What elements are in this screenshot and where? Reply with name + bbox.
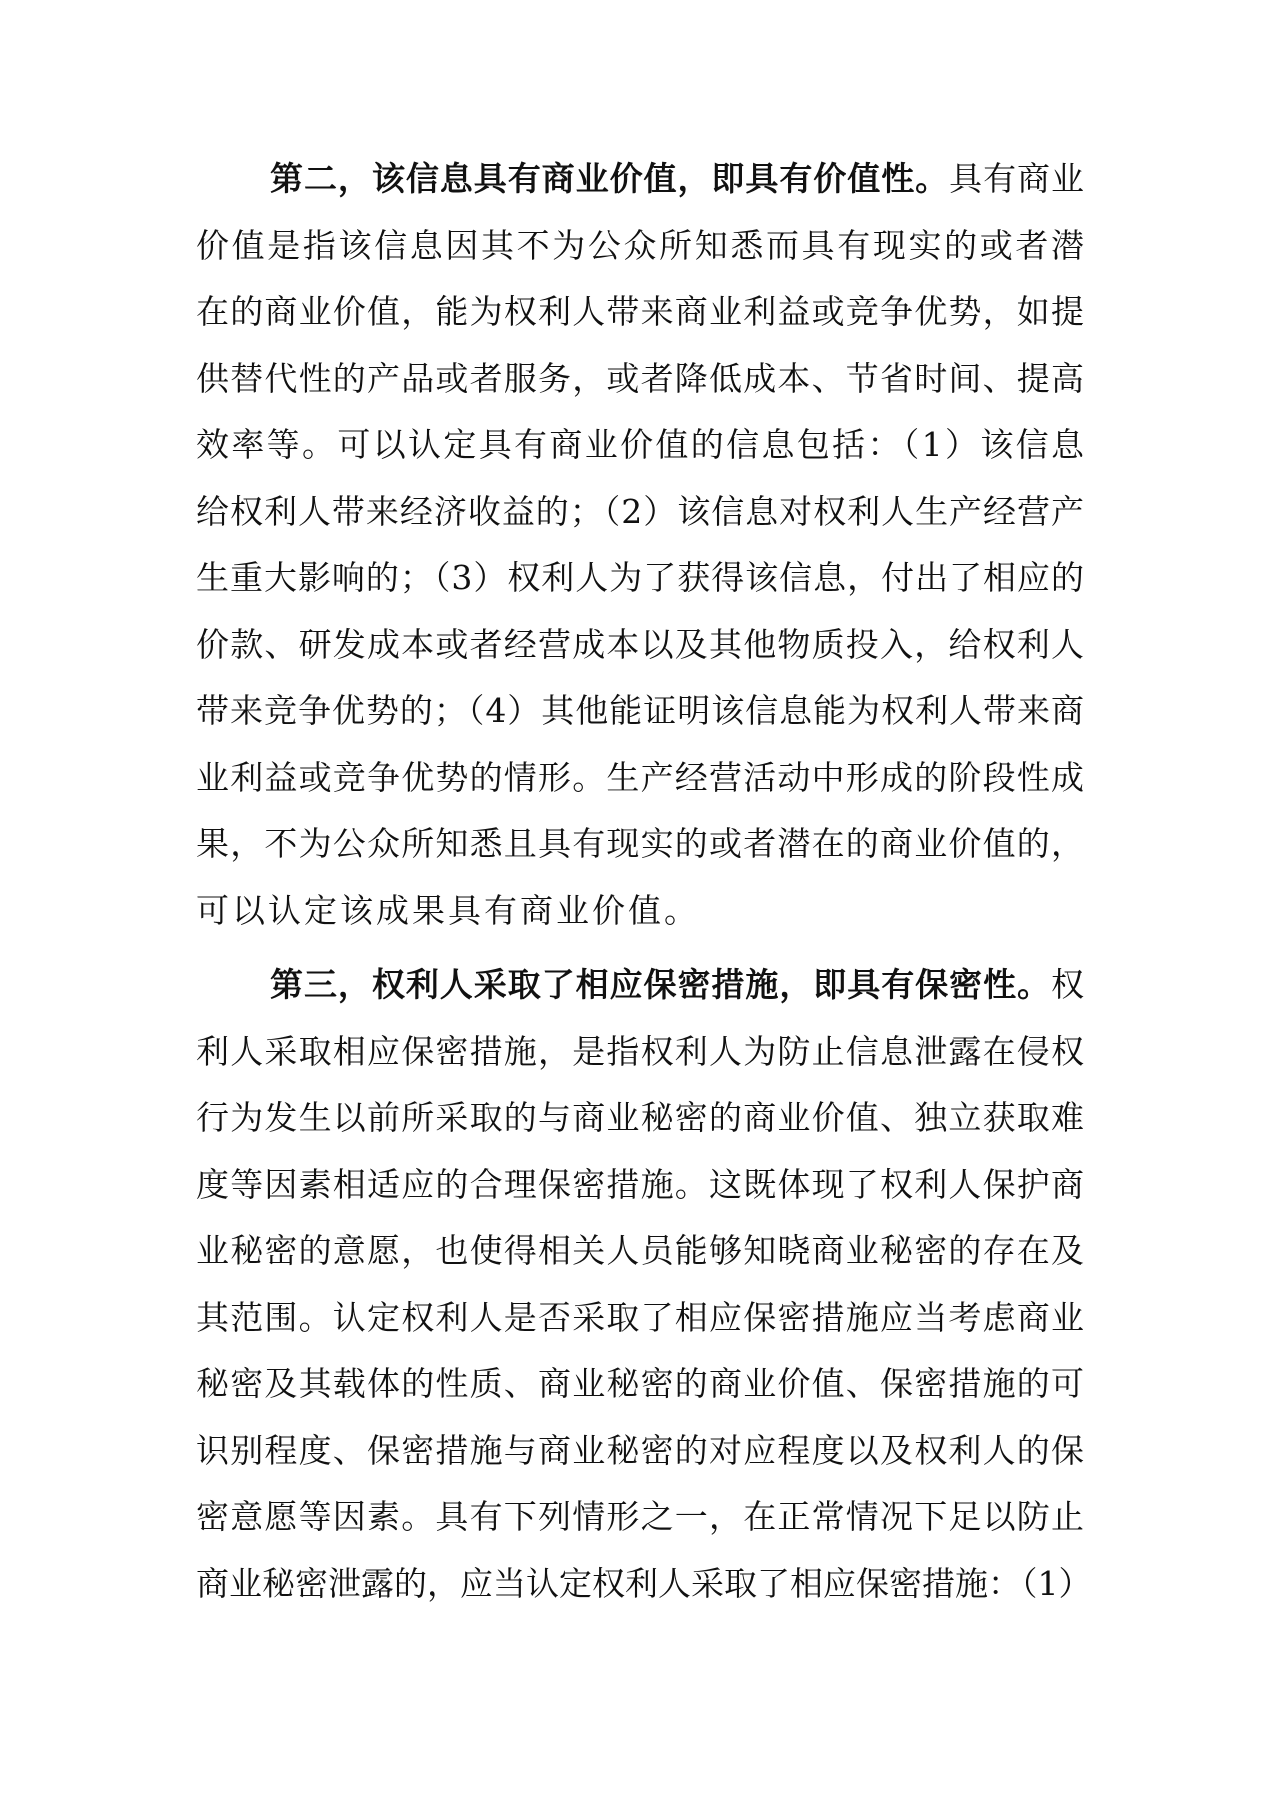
paragraph-first-line: 第二，该信息具有商业价值，即具有价值性。具有商业 [196,146,1084,213]
paragraph-line: 行为发生以前所采取的与商业秘密的商业价值、独立获取难 [196,1085,1084,1152]
paragraph-first-line: 第三，权利人采取了相应保密措施，即具有保密性。权 [196,952,1084,1019]
paragraph-line: 密意愿等因素。具有下列情形之一，在正常情况下足以防止 [196,1484,1084,1551]
paragraph-confidentiality: 第三，权利人采取了相应保密措施，即具有保密性。权 利人采取相应保密措施，是指权利… [196,952,1084,1617]
paragraph-lead-heading: 第二，该信息具有商业价值，即具有价值性。 [270,159,949,198]
paragraph-line: 度等因素相适应的合理保密措施。这既体现了权利人保护商 [196,1152,1084,1219]
paragraph-line: 给权利人带来经济收益的；（2）该信息对权利人生产经营产 [196,479,1084,546]
paragraph-line: 商业秘密泄露的，应当认定权利人采取了相应保密措施：（1） [196,1551,1084,1618]
paragraph-line: 价款、研发成本或者经营成本以及其他物质投入，给权利人 [196,612,1084,679]
paragraph-line: 可以认定该成果具有商业价值。 [196,878,1084,945]
paragraph-lead-heading: 第三，权利人采取了相应保密措施，即具有保密性。 [270,965,1051,1004]
paragraph-text: 具有商业 [949,159,1084,198]
paragraph-line: 业秘密的意愿，也使得相关人员能够知晓商业秘密的存在及 [196,1218,1084,1285]
paragraph-line: 效率等。可以认定具有商业价值的信息包括：（1）该信息 [196,412,1084,479]
paragraph-line: 带来竞争优势的；（4）其他能证明该信息能为权利人带来商 [196,678,1084,745]
paragraph-line: 业利益或竞争优势的情形。生产经营活动中形成的阶段性成 [196,745,1084,812]
paragraph-line: 利人采取相应保密措施，是指权利人为防止信息泄露在侵权 [196,1019,1084,1086]
paragraph-line: 识别程度、保密措施与商业秘密的对应程度以及权利人的保 [196,1418,1084,1485]
document-body: 第二，该信息具有商业价值，即具有价值性。具有商业 价值是指该信息因其不为公众所知… [196,146,1084,1625]
paragraph-line: 供替代性的产品或者服务，或者降低成本、节省时间、提高 [196,346,1084,413]
paragraph-commercial-value: 第二，该信息具有商业价值，即具有价值性。具有商业 价值是指该信息因其不为公众所知… [196,146,1084,944]
paragraph-line: 果，不为公众所知悉且具有现实的或者潜在的商业价值的， [196,811,1084,878]
paragraph-line: 生重大影响的；（3）权利人为了获得该信息，付出了相应的 [196,545,1084,612]
paragraph-line: 价值是指该信息因其不为公众所知悉而具有现实的或者潜 [196,213,1084,280]
paragraph-line: 秘密及其载体的性质、商业秘密的商业价值、保密措施的可 [196,1351,1084,1418]
document-page: 第二，该信息具有商业价值，即具有价值性。具有商业 价值是指该信息因其不为公众所知… [0,0,1280,1810]
paragraph-text: 权 [1051,965,1084,1004]
paragraph-line: 在的商业价值，能为权利人带来商业利益或竞争优势，如提 [196,279,1084,346]
paragraph-line: 其范围。认定权利人是否采取了相应保密措施应当考虑商业 [196,1285,1084,1352]
